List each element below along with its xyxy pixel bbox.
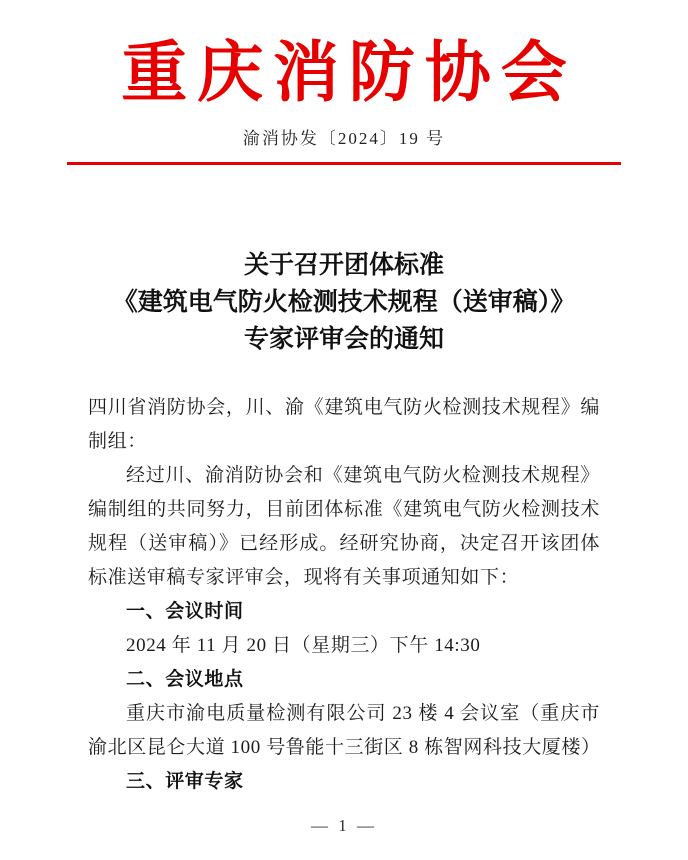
document-header: 重庆消防协会 渝消协发〔2024〕19 号	[0, 36, 688, 165]
salutation: 四川省消防协会，川、渝《建筑电气防火检测技术规程》编制组：	[88, 391, 600, 459]
org-title: 重庆消防协会	[0, 36, 688, 112]
doc-title-line-2: 《建筑电气防火检测技术规程（送审稿）》	[0, 284, 688, 321]
doc-number: 渝消协发〔2024〕19 号	[0, 128, 688, 150]
doc-title-line-3: 专家评审会的通知	[0, 321, 688, 358]
document-main: 关于召开团体标准 《建筑电气防火检测技术规程（送审稿）》 专家评审会的通知 四川…	[0, 247, 688, 799]
document-page: 重庆消防协会 渝消协发〔2024〕19 号 关于召开团体标准 《建筑电气防火检测…	[0, 0, 688, 860]
document-body: 四川省消防协会，川、渝《建筑电气防火检测技术规程》编制组： 经过川、渝消防协会和…	[88, 391, 600, 799]
doc-title-line-1: 关于召开团体标准	[0, 247, 688, 284]
section-2-heading: 二、会议地点	[88, 663, 600, 697]
doc-title: 关于召开团体标准 《建筑电气防火检测技术规程（送审稿）》 专家评审会的通知	[0, 247, 688, 358]
section-3-heading: 三、评审专家	[88, 765, 600, 799]
intro-paragraph: 经过川、渝消防协会和《建筑电气防火检测技术规程》编制组的共同努力，目前团体标准《…	[88, 459, 600, 595]
page-number: — 1 —	[0, 816, 688, 836]
section-2-content: 重庆市渝电质量检测有限公司 23 楼 4 会议室（重庆市渝北区昆仑大道 100 …	[88, 697, 600, 765]
section-1-content: 2024 年 11 月 20 日（星期三）下午 14:30	[88, 629, 600, 663]
red-divider-line	[67, 162, 621, 165]
section-1-heading: 一、会议时间	[88, 595, 600, 629]
